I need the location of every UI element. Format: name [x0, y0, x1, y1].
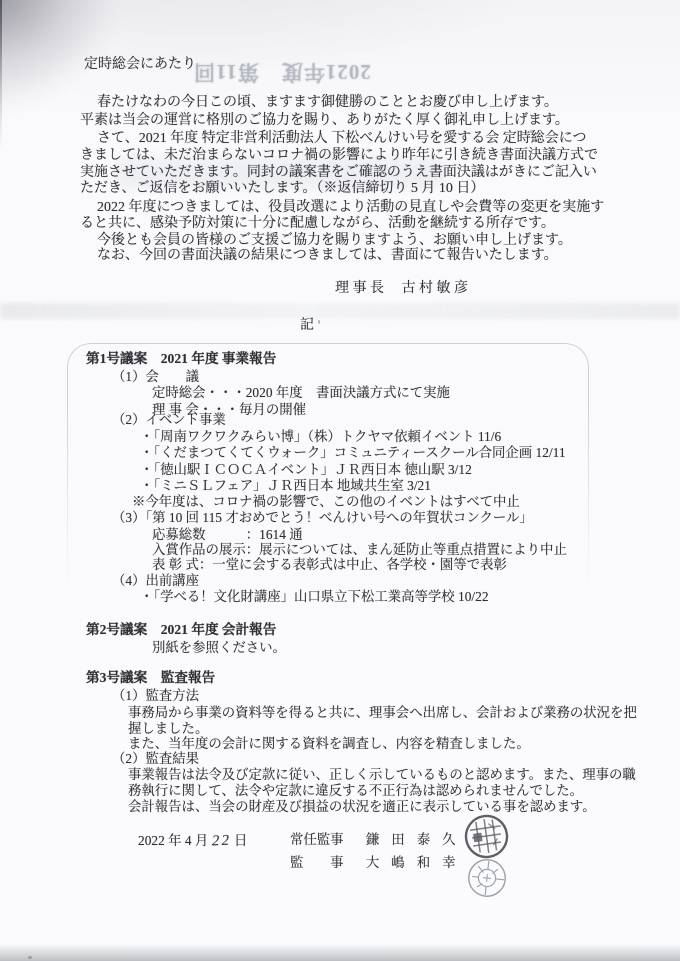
- text-line: 第1号議案 2021 年度 事業報告: [86, 352, 276, 367]
- text-line: （2）イベント事業: [112, 413, 226, 428]
- text-line: なお、今回の書面決議の結果につきましては、書面にて報告いたします。: [97, 248, 558, 263]
- bleedthrough-mirrored-title: 2021年度 第11回: [193, 58, 371, 88]
- text-line: 入賞作品の展示：展示については、まん延防止等重点措置により中止: [152, 543, 567, 558]
- text-line: （1）会 議: [112, 370, 199, 385]
- text-line: 握しました。: [128, 722, 208, 737]
- document-date: 2022 年 4 月 22 日: [138, 833, 247, 850]
- text-line: 別紙を参照ください。: [152, 641, 286, 656]
- text-line: （3）「第 10 回 115 才おめでとう！べんけい号への年賀状コンクール」: [112, 511, 533, 526]
- text-line: ・「学べる！文化財講座」山口県立下松工業高等学校 10/22: [140, 590, 489, 605]
- text-line: ・「くだまつてくてくウォーク」コミュニティースクール合同企画 12/11: [140, 446, 566, 461]
- officer-name: 鎌田泰久: [366, 833, 468, 848]
- text-line: ※今年度は、コロナ禍の影響で、この他のイベントはすべて中止: [132, 495, 520, 510]
- scan-edge-shadow: [0, 0, 2, 150]
- text-line: 定時総会にあたり: [84, 57, 196, 72]
- text-line: ると共に、感染予防対策に十分に配慮しながら、活動を継続する所存です。: [80, 216, 555, 231]
- scan-gray-band: [0, 303, 680, 319]
- text-line: ・「徳山駅ＩＣＯＣＡイベント」ＪＲ西日本 徳山駅 3/12: [140, 463, 472, 478]
- text-line: 第3号議案 監査報告: [86, 671, 215, 686]
- text-line: （2）監査結果: [112, 752, 199, 767]
- text-line: ・「周南ワクワクみらい博」（株）トクヤマ依頼イベント 11/6: [140, 430, 501, 445]
- text-line: 理 事 長 古 村 敏 彦: [335, 281, 468, 296]
- text-line: ・「ミニＳＬフェア」ＪＲ西日本 地域共生室 3/21: [140, 479, 431, 494]
- text-line: 春たけなわの今日この頃、ますます御健勝のこととお慶び申し上げます。: [97, 95, 558, 110]
- date-suffix: 日: [234, 833, 247, 848]
- text-line: 記: [300, 318, 314, 333]
- text-line: さて、2021 年度 特定非営利活動法人 下松べんけい号を愛する会 定時総会につ: [97, 131, 586, 146]
- text-line: ただき、ご返信をお願いいたします。（※返信締切り 5 月 10 日）: [80, 181, 484, 196]
- scan-bottom-edge: [0, 944, 680, 961]
- text-line: 平素は当会の運営に格別のご協力を賜り、ありがたく厚く御礼申し上げます。: [80, 113, 569, 128]
- text-line: 2022 年度につきましては、役員改選により活動の見直しや会費等の変更を実施す: [97, 200, 604, 215]
- text-line: 会計報告は、当会の財産及び損益の状況を適正に表示している事を認めます。: [128, 800, 596, 815]
- officer-title: 監 事: [290, 856, 344, 871]
- scan-speck: [28, 956, 32, 959]
- officer-line: 常任監事 鎌田泰久: [290, 833, 467, 848]
- date-day-handwritten: 22: [210, 833, 231, 850]
- officer-line: 監 事 大嶋和幸: [290, 856, 467, 871]
- hanko-seal-light-icon: [466, 857, 508, 899]
- text-line: （4）出前講座: [112, 574, 199, 589]
- text-line: 第2号議案 2021 年度 会計報告: [86, 623, 276, 638]
- text-line: 務執行に関して、法令や定款に違反する不正行為は認められませんでした。: [128, 784, 583, 799]
- text-line: きましては、未だ治まらないコロナ禍の影響により昨年に引き続き書面決議方式で: [80, 148, 598, 163]
- text-line: 事務局から事業の資料等を得ると共に、理事会へ出席し、会計および業務の状況を把: [128, 706, 637, 721]
- text-line: また、当年度の会計に関する資料を調査し、内容を精査しました。: [128, 737, 530, 752]
- hanko-seal-dark-icon: [463, 813, 510, 860]
- date-prefix: 2022 年 4 月: [138, 833, 208, 848]
- text-line: 応募総数 ：1614 通: [152, 528, 303, 543]
- text-line: 実施させていただきます。同封の議案書をご確認のうえ書面決議はがきにご記入い: [80, 165, 597, 180]
- text-line: （1）監査方法: [112, 689, 199, 704]
- officer-title: 常任監事: [290, 833, 344, 848]
- scanned-document-page: 2021年度 第11回 定時総会にあたり春たけなわの今日この頃、ますます御健勝の…: [0, 0, 680, 961]
- text-line: 表 彰 式：一堂に会する表彰式は中止、各学校・園等で表彰: [152, 558, 507, 573]
- text-line: 事業報告は法令及び定款に従い、正しく示しているものと認めます。また、理事の職: [128, 768, 636, 783]
- text-line: 定時総会・・・2020 年度 書面決議方式にて実施: [152, 386, 450, 401]
- officer-name: 大嶋和幸: [366, 856, 468, 871]
- text-line: 今後とも会員の皆様のご支援ご協力を賜りますよう、お願い申し上げます。: [97, 233, 572, 248]
- scan-speck: [318, 320, 320, 324]
